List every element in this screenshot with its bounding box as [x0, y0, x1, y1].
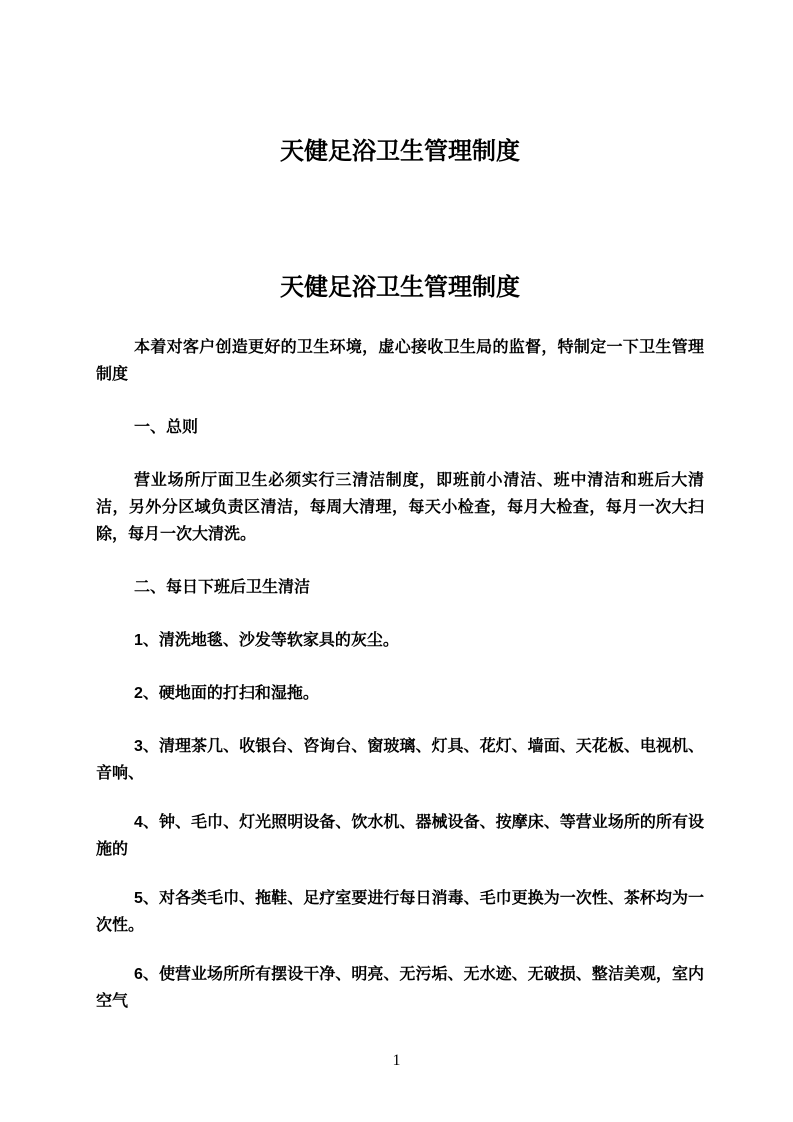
- page-number: 1: [0, 1050, 793, 1071]
- intro-paragraph: 本着对客户创造更好的卫生环境，虚心接收卫生局的监督，特制定一下卫生管理制度: [96, 334, 704, 388]
- list-item-5: 5、对各类毛巾、拖鞋、足疗室要进行每日消毒、毛巾更换为一次性、茶杯均为一次性。: [96, 885, 704, 939]
- list-item-4: 4、钟、毛巾、灯光照明设备、饮水机、器械设备、按摩床、等营业场所的所有设施的: [96, 809, 704, 863]
- list-item-1: 1、清洗地毯、沙发等软家具的灰尘。: [96, 627, 704, 654]
- section-1-heading: 一、总则: [96, 414, 704, 441]
- document-page: 天健足浴卫生管理制度 天健足浴卫生管理制度 本着对客户创造更好的卫生环境，虚心接…: [0, 0, 793, 1122]
- list-item-2: 2、硬地面的打扫和湿拖。: [96, 680, 704, 707]
- list-item-3: 3、清理茶几、收银台、咨询台、窗玻璃、灯具、花灯、墙面、天花板、电视机、音响、: [96, 733, 704, 787]
- document-header-title: 天健足浴卫生管理制度: [96, 136, 704, 168]
- section-1-body: 营业场所厅面卫生必须实行三清洁制度，即班前小清洁、班中清洁和班后大清洁，另外分区…: [96, 467, 704, 548]
- document-main-title: 天健足浴卫生管理制度: [96, 272, 704, 304]
- list-item-6: 6、使营业场所所有摆设干净、明亮、无污垢、无水迹、无破损、整洁美观，室内空气: [96, 961, 704, 1015]
- section-2-heading: 二、每日下班后卫生清洁: [96, 574, 704, 601]
